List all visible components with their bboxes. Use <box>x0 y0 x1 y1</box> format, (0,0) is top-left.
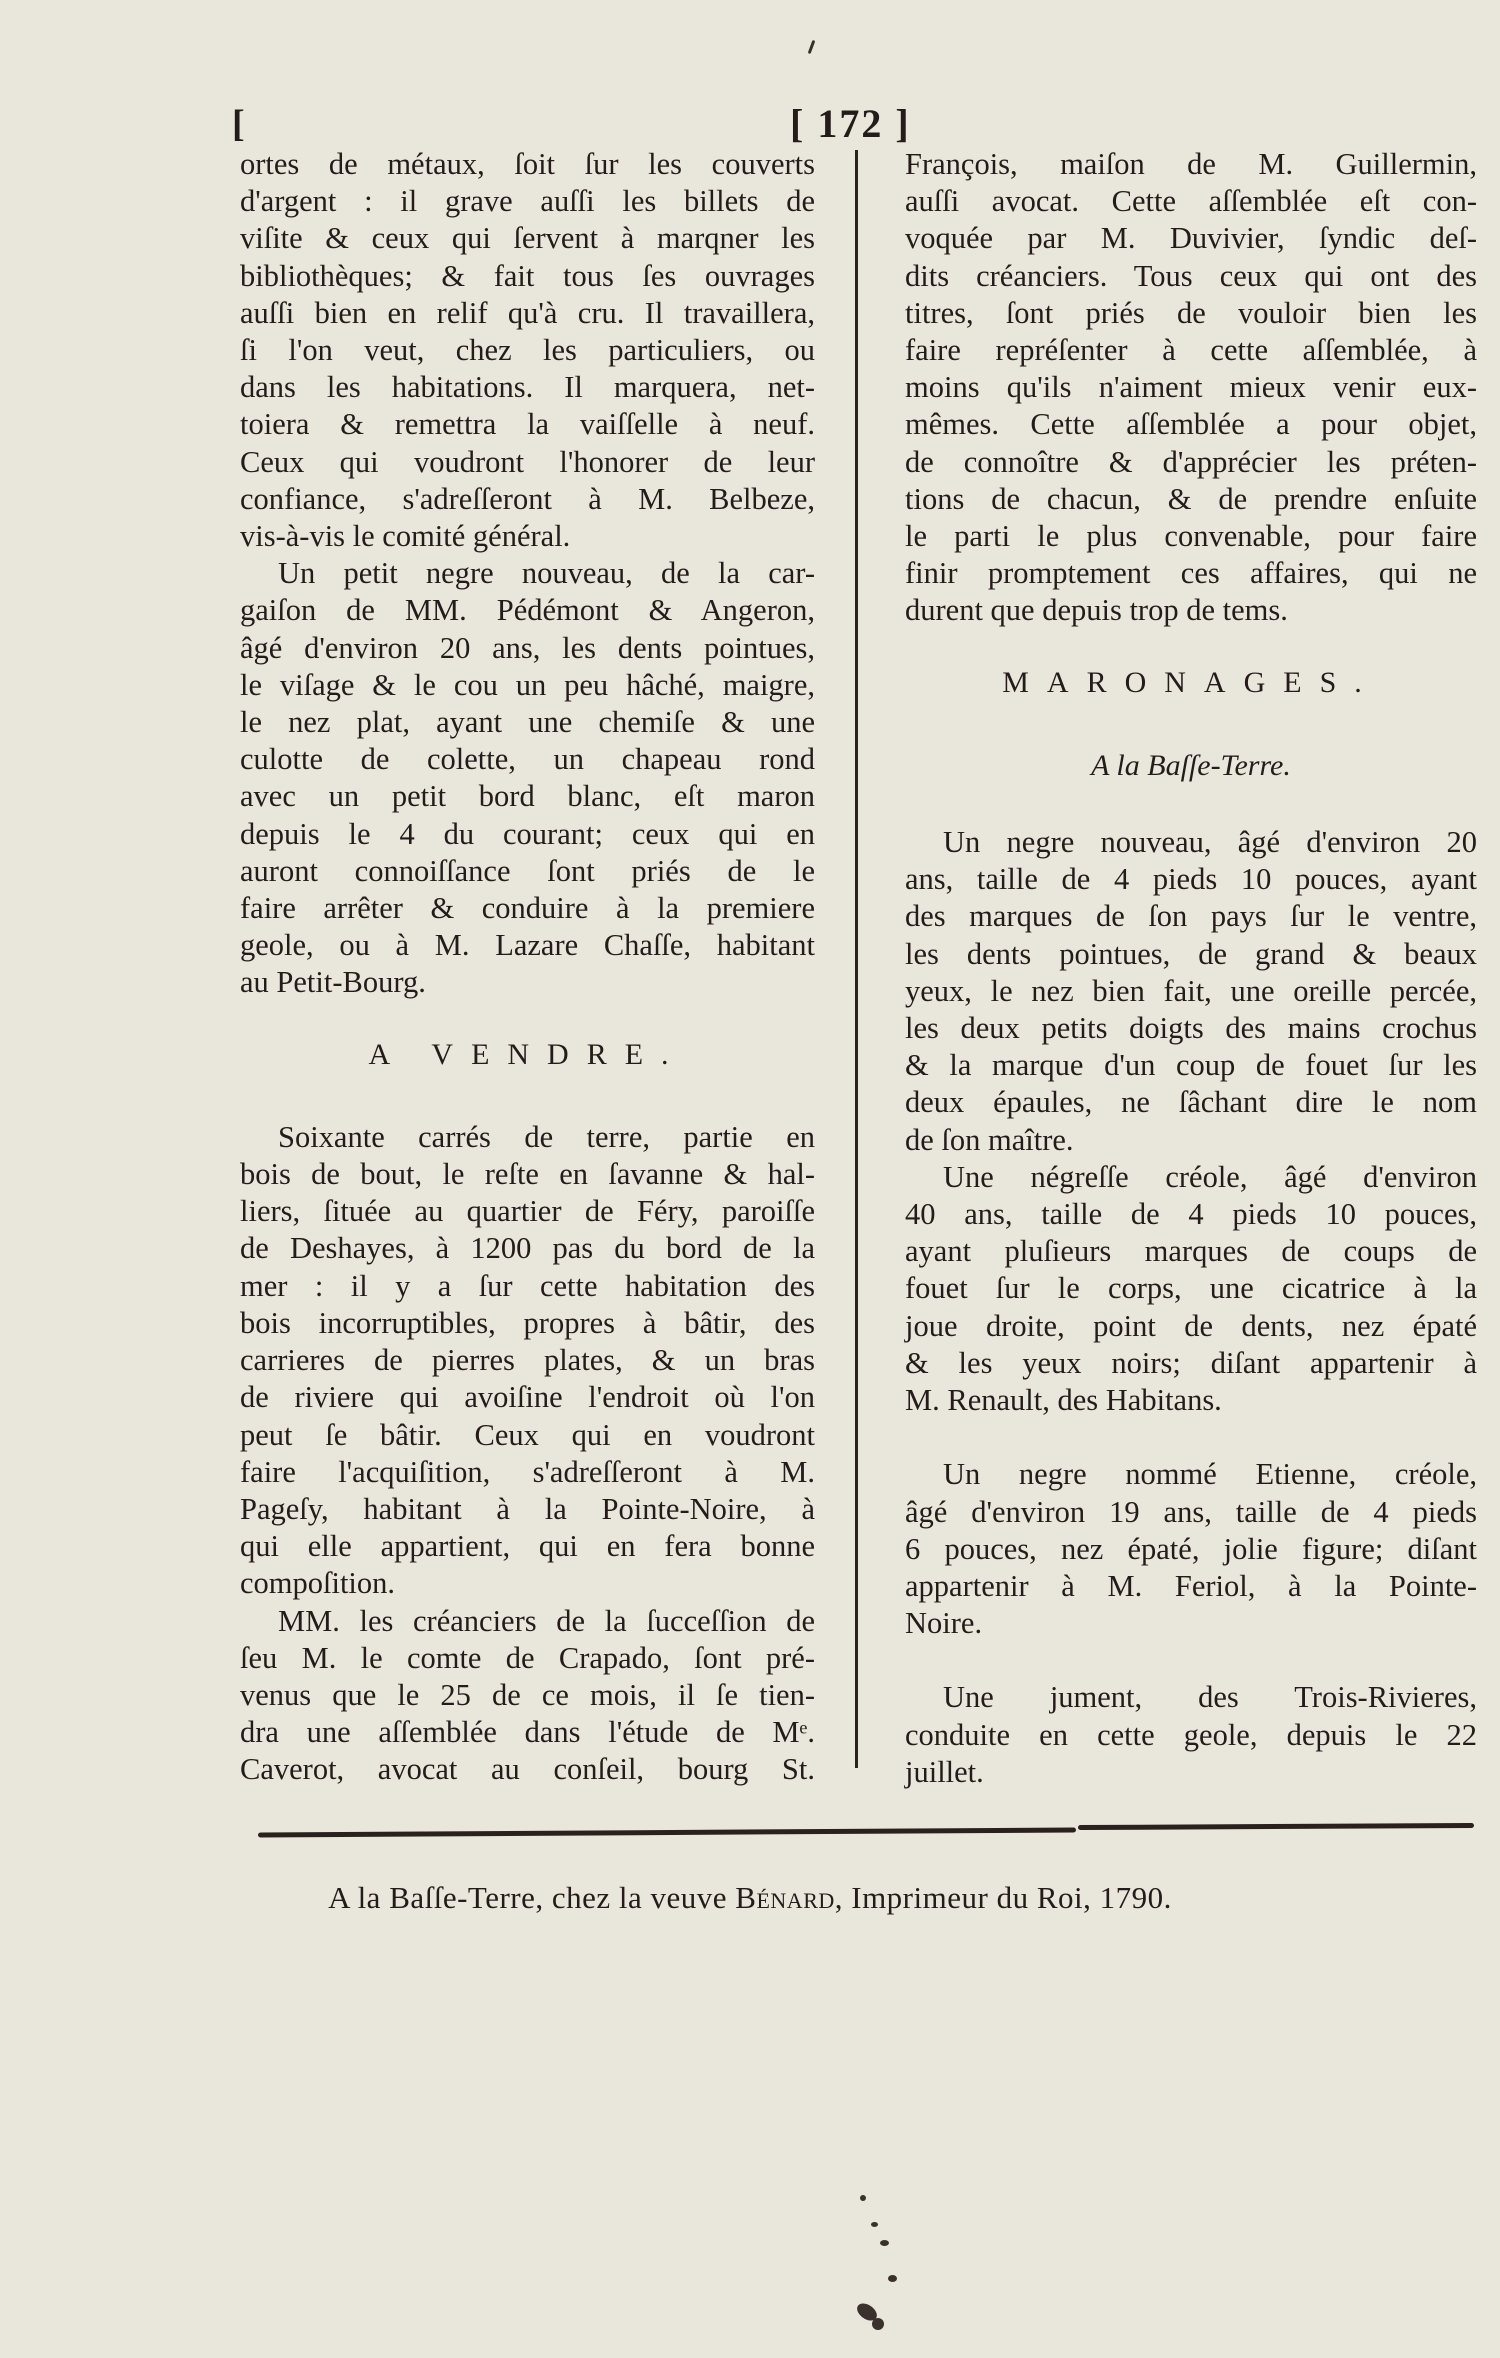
text-line: faire repréſenter à cette aſſemblée, à <box>905 332 1477 369</box>
text-line: ayant pluſieurs marques de coups de <box>905 1233 1477 1270</box>
text-line: ſeu M. le comte de Crapado, ſont pré- <box>240 1640 815 1677</box>
text-line: Une négreſſe créole, âgé d'environ <box>905 1159 1477 1196</box>
text-line: des marques de ſon pays ſur le ventre, <box>905 898 1477 935</box>
text-line: Noire. <box>905 1605 1477 1642</box>
text-line: viſite & ceux qui ſervent à marqner les <box>240 220 815 257</box>
text-line: faire arrêter & conduire à la premiere <box>240 890 815 927</box>
text-line: âgé d'environ 19 ans, taille de 4 pieds <box>905 1494 1477 1531</box>
paper-speck <box>888 2275 897 2282</box>
text-line: culotte de colette, un chapeau rond <box>240 741 815 778</box>
text-line: avec un petit bord blanc, eſt maron <box>240 778 815 815</box>
text-line: faire l'acquiſition, s'adreſſeront à M. <box>240 1454 815 1491</box>
text-line: ortes de métaux, ſoit ſur les couverts <box>240 146 815 183</box>
right-column: François, maiſon de M. Guillermin,auſſi … <box>905 146 1477 1791</box>
page-number: [ 172 ] <box>790 100 911 147</box>
text-line: & les yeux noirs; diſant appartenir à <box>905 1345 1477 1382</box>
imprint-title-year: , Imprimeur du Roi, 1790. <box>835 1880 1172 1915</box>
runaway-notice-petit-bourg: Un petit negre nouveau, de la car-gaiſon… <box>240 555 815 1001</box>
text-line: bois de bout, le reſte en ſavanne & hal- <box>240 1156 815 1193</box>
imprint-printer: Bénard <box>735 1880 834 1915</box>
text-line: mer : il y a ſur cette habitation des <box>240 1268 815 1305</box>
imprint-line: A la Baſſe-Terre, chez la veuve Bénard, … <box>0 1880 1500 1916</box>
text-line: MM. les créanciers de la ſucceſſion de <box>240 1603 815 1640</box>
left-column: ortes de métaux, ſoit ſur les couvertsd'… <box>240 146 815 1789</box>
text-line: au Petit-Bourg. <box>240 964 815 1001</box>
text-line: compoſition. <box>240 1565 815 1602</box>
section-heading-a-vendre: A VENDRE. <box>240 1036 815 1073</box>
text-line: finir promptement ces affaires, qui ne <box>905 555 1477 592</box>
paper-speck <box>860 2195 866 2201</box>
text-line: âgé d'environ 20 ans, les dents pointues… <box>240 630 815 667</box>
text-line: voquée par M. Duvivier, ſyndic deſ- <box>905 220 1477 257</box>
text-line: auſſi avocat. Cette aſſemblée eſt con- <box>905 183 1477 220</box>
text-line: & la marque d'un coup de fouet ſur les <box>905 1047 1477 1084</box>
sub-heading-basse-terre: A la Baſſe-Terre. <box>905 747 1477 784</box>
text-line: joue droite, point de dents, nez épaté <box>905 1308 1477 1345</box>
imprint-place: A la Baſſe-Terre, chez la veuve <box>328 1880 735 1915</box>
text-line: dits créanciers. Tous ceux qui ont des <box>905 258 1477 295</box>
text-line: 40 ans, taille de 4 pieds 10 pouces, <box>905 1196 1477 1233</box>
stray-mare-notice: Une jument, des Trois-Rivieres,conduite … <box>905 1679 1477 1791</box>
column-rule <box>855 150 858 1768</box>
text-line: appartenir à M. Feriol, à la Pointe- <box>905 1568 1477 1605</box>
text-line: bibliothèques; & fait tous ſes ouvrages <box>240 258 815 295</box>
creditors-notice: MM. les créanciers de la ſucceſſion deſe… <box>240 1603 815 1789</box>
runaway-notice-2: Une négreſſe créole, âgé d'environ40 ans… <box>905 1159 1477 1419</box>
text-line: 6 pouces, nez épaté, jolie figure; diſan… <box>905 1531 1477 1568</box>
engraver-notice: ortes de métaux, ſoit ſur les couvertsd'… <box>240 146 815 555</box>
text-line: les dents pointues, de grand & beaux <box>905 936 1477 973</box>
text-line: mêmes. Cette aſſemblée a pour objet, <box>905 406 1477 443</box>
text-line: juillet. <box>905 1754 1477 1791</box>
text-line: titres, ſont priés de vouloir bien les <box>905 295 1477 332</box>
text-line: gaiſon de MM. Pédémont & Angeron, <box>240 592 815 629</box>
text-line: qui elle appartient, qui en fera bonne <box>240 1528 815 1565</box>
creditors-notice-continued: François, maiſon de M. Guillermin,auſſi … <box>905 146 1477 630</box>
stray-bracket: [ <box>232 102 245 146</box>
text-line: de ſon maître. <box>905 1122 1477 1159</box>
text-line: carrieres de pierres plates, & un bras <box>240 1342 815 1379</box>
text-line: confiance, s'adreſſeront à M. Belbeze, <box>240 481 815 518</box>
text-line: geole, ou à M. Lazare Chaſſe, habitant <box>240 927 815 964</box>
text-line: vis-à-vis le comité général. <box>240 518 815 555</box>
paragraph-gap <box>905 1419 1477 1456</box>
text-line: le nez plat, ayant une chemiſe & une <box>240 704 815 741</box>
runaway-notice-1: Un negre nouveau, âgé d'environ 20ans, t… <box>905 824 1477 1159</box>
paper-speck <box>872 2318 884 2330</box>
land-sale-notice: Soixante carrés de terre, partie enbois … <box>240 1119 815 1603</box>
paper-speck <box>871 2222 878 2227</box>
text-line: M. Renault, des Habitans. <box>905 1382 1477 1419</box>
text-line: auſſi bien en relif qu'à cru. Il travail… <box>240 295 815 332</box>
text-line: moins qu'ils n'aiment mieux venir eux- <box>905 369 1477 406</box>
text-line: venus que le 25 de ce mois, il ſe tien- <box>240 1677 815 1714</box>
text-line: fouet ſur le corps, une cicatrice à la <box>905 1270 1477 1307</box>
text-line: ans, taille de 4 pieds 10 pouces, ayant <box>905 861 1477 898</box>
text-line: Une jument, des Trois-Rivieres, <box>905 1679 1477 1716</box>
text-line: de Deshayes, à 1200 pas du bord de la <box>240 1230 815 1267</box>
text-line: liers, ſituée au quartier de Féry, paroi… <box>240 1193 815 1230</box>
paragraph-gap <box>905 1642 1477 1679</box>
text-line: peut ſe bâtir. Ceux qui en voudront <box>240 1417 815 1454</box>
text-line: bois incorruptibles, propres à bâtir, de… <box>240 1305 815 1342</box>
text-line: Un negre nommé Etienne, créole, <box>905 1456 1477 1493</box>
text-line: conduite en cette geole, depuis le 22 <box>905 1717 1477 1754</box>
text-line: Un petit negre nouveau, de la car- <box>240 555 815 592</box>
text-line: deux épaules, ne ſâchant dire le nom <box>905 1084 1477 1121</box>
text-line: depuis le 4 du courant; ceux qui en <box>240 816 815 853</box>
text-line: Pageſy, habitant à la Pointe-Noire, à <box>240 1491 815 1528</box>
section-heading-maronages: MARONAGES. <box>905 664 1477 701</box>
text-line: auront connoiſſance ſont priés de le <box>240 853 815 890</box>
text-line: les deux petits doigts des mains crochus <box>905 1010 1477 1047</box>
text-line: Ceux qui voudront l'honorer de leur <box>240 444 815 481</box>
text-line: dra une aſſemblée dans l'étude de Mᵉ. <box>240 1714 815 1751</box>
text-line: de connoître & d'apprécier les préten- <box>905 444 1477 481</box>
text-line: de riviere qui avoiſine l'endroit où l'o… <box>240 1379 815 1416</box>
text-line: toiera & remettra la vaiſſelle à neuf. <box>240 406 815 443</box>
paper-speck <box>880 2240 889 2246</box>
text-line: d'argent : il grave auſſi les billets de <box>240 183 815 220</box>
text-line: tions de chacun, & de prendre enſuite <box>905 481 1477 518</box>
page-header: [ [ 172 ] <box>0 100 1500 144</box>
text-line: dans les habitations. Il marquera, net- <box>240 369 815 406</box>
text-line: durent que depuis trop de tems. <box>905 592 1477 629</box>
paper-speck <box>808 40 816 54</box>
text-line: Un negre nouveau, âgé d'environ 20 <box>905 824 1477 861</box>
text-line: Soixante carrés de terre, partie en <box>240 1119 815 1156</box>
horizontal-rule-left <box>258 1828 1076 1838</box>
text-line: le parti le plus convenable, pour faire <box>905 518 1477 555</box>
runaway-notice-3: Un negre nommé Etienne, créole,âgé d'env… <box>905 1456 1477 1642</box>
text-line: le viſage & le cou un peu hâché, maigre, <box>240 667 815 704</box>
text-line: François, maiſon de M. Guillermin, <box>905 146 1477 183</box>
text-line: Caverot, avocat au conſeil, bourg St. <box>240 1751 815 1788</box>
text-line: yeux, le nez bien fait, une oreille perc… <box>905 973 1477 1010</box>
horizontal-rule-right <box>1078 1823 1474 1830</box>
text-line: ſi l'on veut, chez les particuliers, ou <box>240 332 815 369</box>
